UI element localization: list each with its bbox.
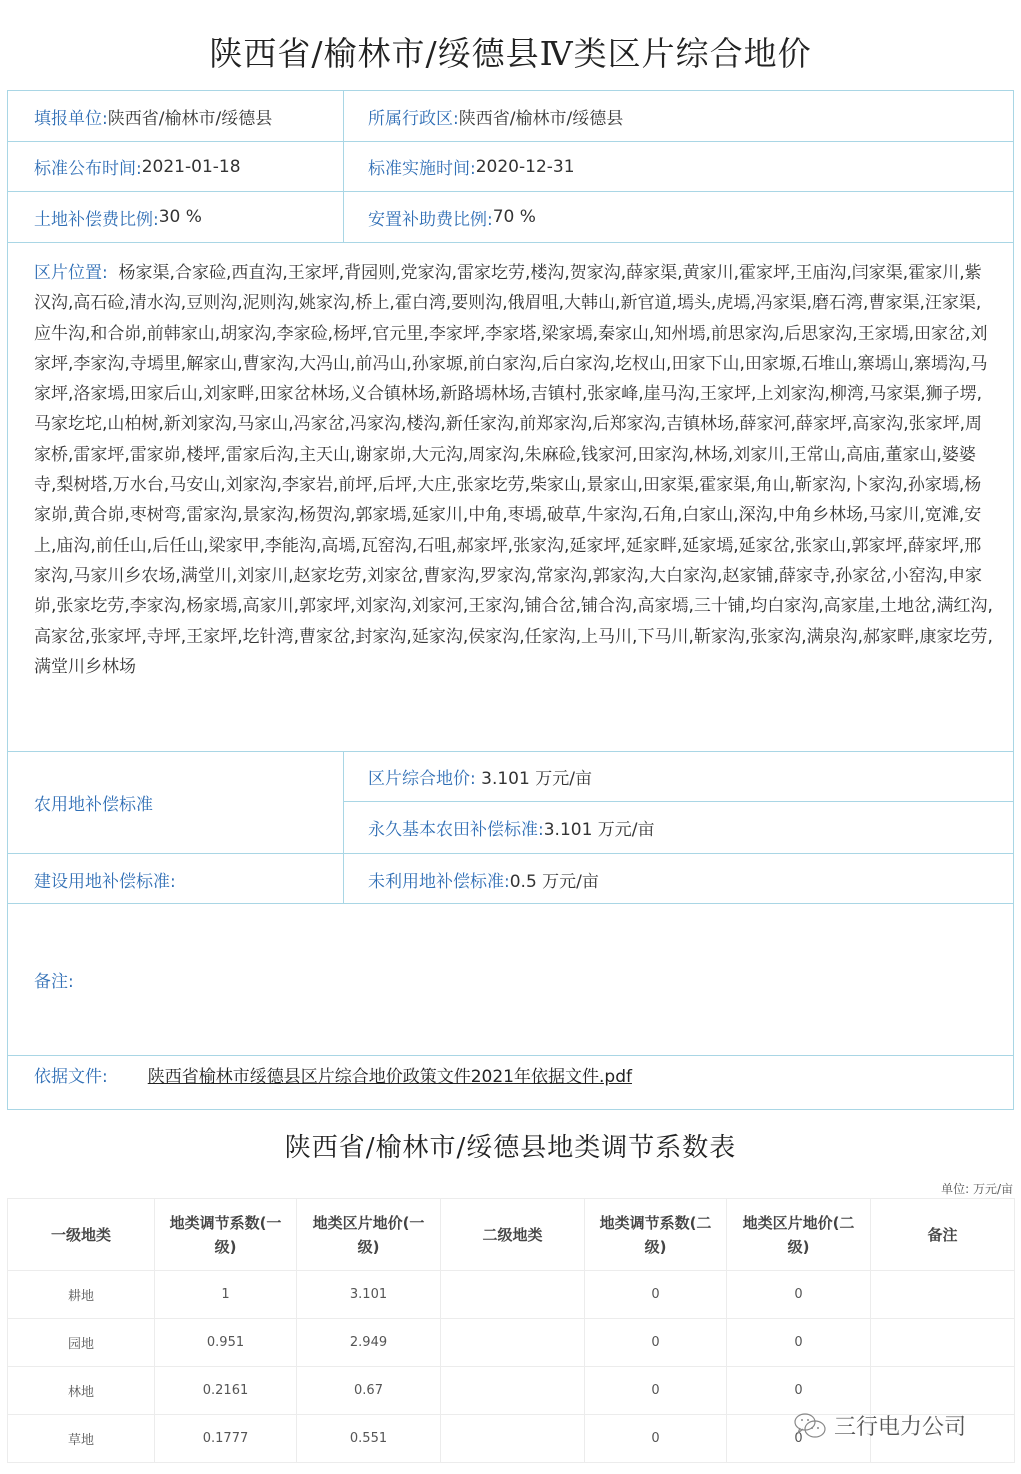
header-remarks: 备注 (871, 1199, 1015, 1271)
unit-label: 单位: 万元/亩 (941, 1180, 1013, 1197)
cell-level1-type: 林地 (8, 1367, 155, 1415)
reporting-unit-cell: 填报单位: 陕西省/榆林市/绥德县 (8, 91, 344, 141)
construction-standard-label: 建设用地补偿标准: (34, 867, 176, 892)
cell-level1-type: 耕地 (8, 1271, 155, 1319)
table-row: 林地 0.2161 0.67 0 0 (8, 1367, 1015, 1415)
farmland-standard-cell: 农用地补偿标准 (8, 752, 344, 854)
cell-level2-coef: 0 (585, 1367, 727, 1415)
header-level2-coef: 地类调节系数(二级) (585, 1199, 727, 1271)
cell-level1-price: 3.101 (297, 1271, 441, 1319)
cell-level1-price: 2.949 (297, 1319, 441, 1367)
cell-level2-coef: 0 (585, 1271, 727, 1319)
remarks-cell: 备注: (8, 904, 1013, 1055)
coef-table-title: 陕西省/榆林市/绥德县地类调节系数表 (0, 1127, 1021, 1164)
reporting-unit-label: 填报单位: (34, 104, 108, 129)
implement-date-label: 标准实施时间: (368, 154, 476, 179)
admin-region-cell: 所属行政区: 陕西省/榆林市/绥德县 (344, 91, 1013, 141)
zone-price-cell: 区片综合地价: 3.101 万元/亩 (344, 752, 1013, 802)
resettle-ratio-label: 安置补助费比例: (368, 205, 493, 230)
land-price-info-table: 填报单位: 陕西省/榆林市/绥德县 所属行政区: 陕西省/榆林市/绥德县 标准公… (7, 90, 1014, 1110)
zone-price-label: 区片综合地价: (368, 764, 476, 789)
watermark-text: 三行电力公司 (834, 1410, 966, 1441)
header-level2-price: 地类区片地价(二级) (727, 1199, 871, 1271)
admin-region-value: 陕西省/榆林市/绥德县 (459, 104, 623, 129)
implement-date-cell: 标准实施时间: 2020-12-31 (344, 142, 1013, 191)
publish-date-label: 标准公布时间: (34, 154, 142, 179)
basic-farmland-label: 永久基本农田补偿标准: (368, 815, 544, 840)
unused-standard-cell: 未利用地补偿标准: 0.5 万元/亩 (344, 854, 1013, 904)
cell-level1-type: 草地 (8, 1415, 155, 1463)
coef-table-header-row: 一级地类 地类调节系数(一级) 地类区片地价(一级) 二级地类 地类调节系数(二… (8, 1199, 1015, 1271)
cell-level1-coef: 0.951 (155, 1319, 297, 1367)
info-row-remarks: 备注: (8, 904, 1013, 1056)
header-level2-type: 二级地类 (441, 1199, 585, 1271)
cell-level2-type (441, 1367, 585, 1415)
cell-level1-type: 园地 (8, 1319, 155, 1367)
land-comp-ratio-label: 土地补偿费比例: (34, 205, 159, 230)
info-row-standards: 农用地补偿标准 建设用地补偿标准: 区片综合地价: 3.101 万元/亩 永久基… (8, 752, 1013, 904)
cell-level1-price: 0.551 (297, 1415, 441, 1463)
land-comp-ratio-cell: 土地补偿费比例: 30 % (8, 192, 344, 242)
location-label: 区片位置: (34, 263, 108, 283)
cell-level2-type (441, 1319, 585, 1367)
header-level1-price: 地类区片地价(一级) (297, 1199, 441, 1271)
basic-farmland-cell: 永久基本农田补偿标准: 3.101 万元/亩 (344, 802, 1013, 854)
info-row-unit: 填报单位: 陕西省/榆林市/绥德县 所属行政区: 陕西省/榆林市/绥德县 (8, 91, 1013, 142)
cell-level2-coef: 0 (585, 1415, 727, 1463)
cell-level2-price: 0 (727, 1319, 871, 1367)
cell-level2-coef: 0 (585, 1319, 727, 1367)
publish-date-value: 2021-01-18 (142, 157, 241, 177)
cell-level2-price: 0 (727, 1367, 871, 1415)
cell-level1-coef: 1 (155, 1271, 297, 1319)
cell-remarks (871, 1319, 1015, 1367)
publish-date-cell: 标准公布时间: 2021-01-18 (8, 142, 344, 191)
cell-level2-price: 0 (727, 1271, 871, 1319)
location-text: 区片位置: 杨家渠,合家硷,西直沟,王家坪,背园则,党家沟,雷家圪劳,楼沟,贺家… (34, 258, 994, 682)
construction-standard-cell: 建设用地补偿标准: (8, 854, 344, 904)
basis-doc-label: 依据文件: (34, 1062, 108, 1087)
farmland-standard-label: 农用地补偿标准 (34, 790, 153, 815)
unused-standard-value: 0.5 万元/亩 (510, 867, 599, 892)
resettle-ratio-cell: 安置补助费比例: 70 % (344, 192, 1013, 242)
cell-remarks (871, 1367, 1015, 1415)
info-row-basis-doc: 依据文件: 陕西省榆林市绥德县区片综合地价政策文件2021年依据文件.pdf (8, 1056, 1013, 1111)
land-comp-ratio-value: 30 % (159, 207, 202, 227)
cell-remarks (871, 1271, 1015, 1319)
table-row: 园地 0.951 2.949 0 0 (8, 1319, 1015, 1367)
basis-doc-link[interactable]: 陕西省榆林市绥德县区片综合地价政策文件2021年依据文件.pdf (148, 1062, 632, 1087)
cell-level2-type (441, 1271, 585, 1319)
zone-price-value: 3.101 万元/亩 (481, 764, 592, 789)
watermark: 三行电力公司 (792, 1410, 966, 1441)
info-row-dates: 标准公布时间: 2021-01-18 标准实施时间: 2020-12-31 (8, 142, 1013, 192)
basis-doc-cell: 依据文件: 陕西省榆林市绥德县区片综合地价政策文件2021年依据文件.pdf (8, 1056, 1013, 1111)
info-row-ratios: 土地补偿费比例: 30 % 安置补助费比例: 70 % (8, 192, 1013, 243)
table-row: 耕地 1 3.101 0 0 (8, 1271, 1015, 1319)
resettle-ratio-value: 70 % (493, 207, 536, 227)
implement-date-value: 2020-12-31 (476, 157, 575, 177)
cell-level2-type (441, 1415, 585, 1463)
remarks-label: 备注: (34, 967, 74, 992)
page-title: 陕西省/榆林市/绥德县Ⅳ类区片综合地价 (0, 28, 1021, 75)
basic-farmland-value: 3.101 万元/亩 (544, 815, 655, 840)
admin-region-label: 所属行政区: (368, 104, 459, 129)
wechat-icon (792, 1411, 828, 1441)
header-level1-coef: 地类调节系数(一级) (155, 1199, 297, 1271)
location-value: 杨家渠,合家硷,西直沟,王家坪,背园则,党家沟,雷家圪劳,楼沟,贺家沟,薛家渠,… (34, 263, 993, 677)
unused-standard-label: 未利用地补偿标准: (368, 867, 510, 892)
cell-level1-coef: 0.1777 (155, 1415, 297, 1463)
header-level1-type: 一级地类 (8, 1199, 155, 1271)
cell-level1-price: 0.67 (297, 1367, 441, 1415)
reporting-unit-value: 陕西省/榆林市/绥德县 (108, 104, 272, 129)
info-row-location: 区片位置: 杨家渠,合家硷,西直沟,王家坪,背园则,党家沟,雷家圪劳,楼沟,贺家… (8, 243, 1013, 752)
cell-level1-coef: 0.2161 (155, 1367, 297, 1415)
